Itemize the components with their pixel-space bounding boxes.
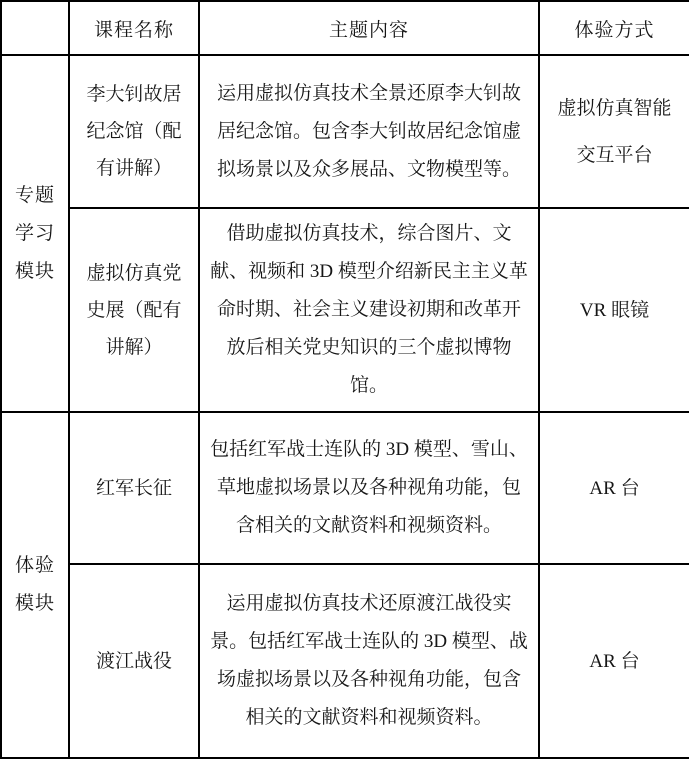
header-row: 课程名称 主题内容 体验方式 (1, 1, 689, 55)
table-row: 专题学习模块 李大钊故居纪念馆（配有讲解） 运用虚拟仿真技术全景还原李大钊故居纪… (1, 55, 689, 208)
method-long-march: AR 台 (539, 412, 689, 564)
table-row: 渡江战役 运用虚拟仿真技术还原渡江战役实景。包括红军战士连队的 3D 模型、战场… (1, 564, 689, 758)
header-experience-method: 体验方式 (539, 1, 689, 55)
content-yangtze-crossing-campaign: 运用虚拟仿真技术还原渡江战役实景。包括红军战士连队的 3D 模型、战场虚拟场景以… (199, 564, 539, 758)
header-theme-content: 主题内容 (199, 1, 539, 55)
content-long-march: 包括红军战士连队的 3D 模型、雪山、草地虚拟场景以及各种视角功能，包含相关的文… (199, 412, 539, 564)
module-label-topic-learning: 专题学习模块 (1, 55, 69, 412)
table-row: 体验模块 红军长征 包括红军战士连队的 3D 模型、雪山、草地虚拟场景以及各种视… (1, 412, 689, 564)
content-lidazhao-memorial: 运用虚拟仿真技术全景还原李大钊故居纪念馆。包含李大钊故居纪念馆虚拟场景以及众多展… (199, 55, 539, 208)
course-name-long-march: 红军长征 (69, 412, 199, 564)
method-yangtze-crossing-campaign: AR 台 (539, 564, 689, 758)
header-module-blank (1, 1, 69, 55)
course-name-yangtze-crossing-campaign: 渡江战役 (69, 564, 199, 758)
course-name-lidazhao-memorial: 李大钊故居纪念馆（配有讲解） (69, 55, 199, 208)
course-name-party-history-exhibition: 虚拟仿真党史展（配有讲解） (69, 208, 199, 412)
method-party-history-exhibition: VR 眼镜 (539, 208, 689, 412)
header-course-name: 课程名称 (69, 1, 199, 55)
table-row: 虚拟仿真党史展（配有讲解） 借助虚拟仿真技术，综合图片、文献、视频和 3D 模型… (1, 208, 689, 412)
method-lidazhao-memorial: 虚拟仿真智能交互平台 (539, 55, 689, 208)
content-party-history-exhibition: 借助虚拟仿真技术，综合图片、文献、视频和 3D 模型介绍新民主主义革命时期、社会… (199, 208, 539, 412)
course-modules-table: 课程名称 主题内容 体验方式 专题学习模块 李大钊故居纪念馆（配有讲解） 运用虚… (0, 0, 689, 759)
module-label-experience: 体验模块 (1, 412, 69, 758)
